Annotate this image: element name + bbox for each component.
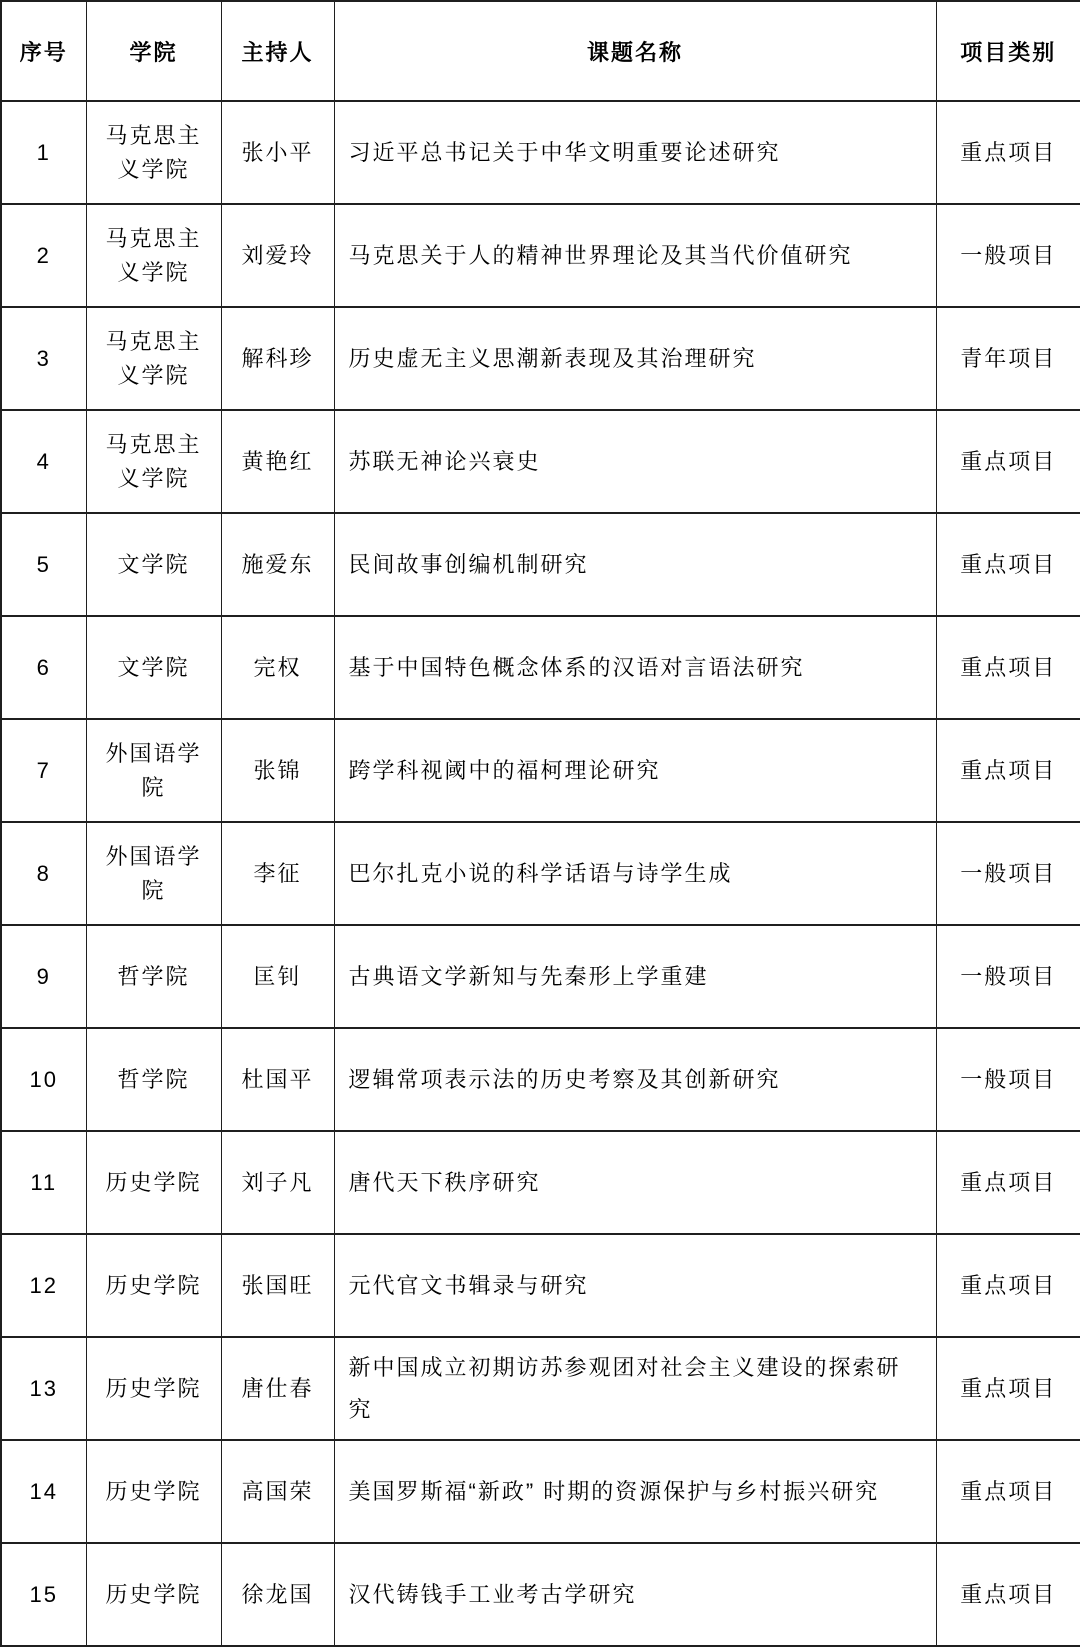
table-row: 7 外国语学院 张锦 跨学科视阈中的福柯理论研究 重点项目 [1,719,1080,822]
table-row: 14 历史学院 高国荣 美国罗斯福“新政” 时期的资源保护与乡村振兴研究 重点项… [1,1440,1080,1543]
cell-category: 重点项目 [936,719,1080,822]
cell-leader: 完权 [221,616,334,719]
table-row: 4 马克思主义学院 黄艳红 苏联无神论兴衰史 重点项目 [1,410,1080,513]
cell-title: 跨学科视阈中的福柯理论研究 [334,719,936,822]
cell-college: 马克思主义学院 [86,307,221,410]
cell-title: 唐代天下秩序研究 [334,1131,936,1234]
cell-index: 1 [1,101,86,204]
cell-title: 元代官文书辑录与研究 [334,1234,936,1337]
cell-leader: 张锦 [221,719,334,822]
cell-college: 哲学院 [86,925,221,1028]
table-row: 11 历史学院 刘子凡 唐代天下秩序研究 重点项目 [1,1131,1080,1234]
cell-title: 逻辑常项表示法的历史考察及其创新研究 [334,1028,936,1131]
cell-category: 重点项目 [936,616,1080,719]
cell-title: 新中国成立初期访苏参观团对社会主义建设的探索研究 [334,1337,936,1440]
page: { "page": { "background_color": "#ffffff… [0,0,1080,1647]
cell-title: 历史虚无主义思潮新表现及其治理研究 [334,307,936,410]
column-header-category: 项目类别 [936,1,1080,101]
cell-index: 2 [1,204,86,307]
cell-leader: 刘子凡 [221,1131,334,1234]
cell-category: 重点项目 [936,1440,1080,1543]
table-row: 10 哲学院 杜国平 逻辑常项表示法的历史考察及其创新研究 一般项目 [1,1028,1080,1131]
cell-index: 14 [1,1440,86,1543]
cell-leader: 张小平 [221,101,334,204]
cell-index: 7 [1,719,86,822]
cell-college: 历史学院 [86,1440,221,1543]
cell-category: 重点项目 [936,1337,1080,1440]
cell-index: 6 [1,616,86,719]
table-row: 3 马克思主义学院 解科珍 历史虚无主义思潮新表现及其治理研究 青年项目 [1,307,1080,410]
column-header-title: 课题名称 [334,1,936,101]
cell-college: 马克思主义学院 [86,101,221,204]
cell-index: 10 [1,1028,86,1131]
cell-college: 马克思主义学院 [86,410,221,513]
cell-index: 12 [1,1234,86,1337]
cell-category: 一般项目 [936,822,1080,925]
cell-index: 4 [1,410,86,513]
table-row: 15 历史学院 徐龙国 汉代铸钱手工业考古学研究 重点项目 [1,1543,1080,1646]
cell-index: 15 [1,1543,86,1646]
cell-leader: 张国旺 [221,1234,334,1337]
cell-category: 一般项目 [936,925,1080,1028]
cell-college: 文学院 [86,616,221,719]
cell-category: 一般项目 [936,1028,1080,1131]
cell-leader: 徐龙国 [221,1543,334,1646]
cell-college: 历史学院 [86,1131,221,1234]
table-row: 2 马克思主义学院 刘爱玲 马克思关于人的精神世界理论及其当代价值研究 一般项目 [1,204,1080,307]
cell-leader: 解科珍 [221,307,334,410]
cell-index: 11 [1,1131,86,1234]
cell-index: 3 [1,307,86,410]
cell-title: 基于中国特色概念体系的汉语对言语法研究 [334,616,936,719]
table-row: 8 外国语学院 李征 巴尔扎克小说的科学话语与诗学生成 一般项目 [1,822,1080,925]
cell-college: 文学院 [86,513,221,616]
cell-leader: 杜国平 [221,1028,334,1131]
cell-title: 习近平总书记关于中华文明重要论述研究 [334,101,936,204]
cell-category: 重点项目 [936,1131,1080,1234]
header-row: 序号 学院 主持人 课题名称 项目类别 [1,1,1080,101]
table-row: 5 文学院 施爱东 民间故事创编机制研究 重点项目 [1,513,1080,616]
cell-college: 外国语学院 [86,822,221,925]
cell-leader: 黄艳红 [221,410,334,513]
cell-category: 青年项目 [936,307,1080,410]
column-header-index: 序号 [1,1,86,101]
cell-college: 历史学院 [86,1543,221,1646]
cell-category: 重点项目 [936,1543,1080,1646]
cell-index: 8 [1,822,86,925]
cell-index: 13 [1,1337,86,1440]
table-row: 1 马克思主义学院 张小平 习近平总书记关于中华文明重要论述研究 重点项目 [1,101,1080,204]
cell-title: 马克思关于人的精神世界理论及其当代价值研究 [334,204,936,307]
cell-category: 重点项目 [936,410,1080,513]
cell-title: 汉代铸钱手工业考古学研究 [334,1543,936,1646]
cell-leader: 施爱东 [221,513,334,616]
cell-index: 9 [1,925,86,1028]
cell-title: 苏联无神论兴衰史 [334,410,936,513]
cell-leader: 高国荣 [221,1440,334,1543]
cell-index: 5 [1,513,86,616]
cell-college: 历史学院 [86,1337,221,1440]
cell-title: 民间故事创编机制研究 [334,513,936,616]
research-projects-table: 序号 学院 主持人 课题名称 项目类别 1 马克思主义学院 张小平 习近平总书记… [0,0,1080,1647]
table-row: 6 文学院 完权 基于中国特色概念体系的汉语对言语法研究 重点项目 [1,616,1080,719]
cell-category: 重点项目 [936,101,1080,204]
cell-college: 外国语学院 [86,719,221,822]
cell-college: 历史学院 [86,1234,221,1337]
table-row: 13 历史学院 唐仕春 新中国成立初期访苏参观团对社会主义建设的探索研究 重点项… [1,1337,1080,1440]
cell-leader: 李征 [221,822,334,925]
cell-title: 巴尔扎克小说的科学话语与诗学生成 [334,822,936,925]
column-header-college: 学院 [86,1,221,101]
table-row: 9 哲学院 匡钊 古典语文学新知与先秦形上学重建 一般项目 [1,925,1080,1028]
cell-leader: 匡钊 [221,925,334,1028]
cell-category: 重点项目 [936,513,1080,616]
cell-category: 一般项目 [936,204,1080,307]
table-row: 12 历史学院 张国旺 元代官文书辑录与研究 重点项目 [1,1234,1080,1337]
cell-leader: 唐仕春 [221,1337,334,1440]
cell-title: 美国罗斯福“新政” 时期的资源保护与乡村振兴研究 [334,1440,936,1543]
cell-category: 重点项目 [936,1234,1080,1337]
column-header-leader: 主持人 [221,1,334,101]
cell-leader: 刘爱玲 [221,204,334,307]
cell-title: 古典语文学新知与先秦形上学重建 [334,925,936,1028]
cell-college: 哲学院 [86,1028,221,1131]
cell-college: 马克思主义学院 [86,204,221,307]
